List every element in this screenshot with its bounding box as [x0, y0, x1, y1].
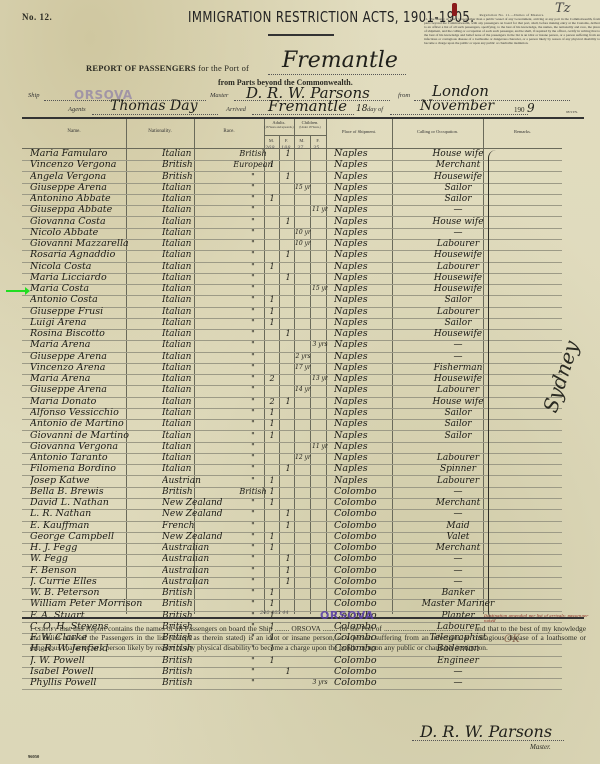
year-suffix: 9: [527, 101, 535, 115]
cell-name: Giovanna Costa: [30, 216, 148, 228]
regulation-text: 11. The Master of every vessel, other th…: [424, 17, 600, 45]
cell-am: 1: [266, 486, 278, 498]
cell-name: Phyllis Powell: [30, 677, 148, 689]
cell-place: Colombo: [334, 587, 400, 599]
cell-nationality: Italian: [162, 204, 222, 216]
cell-race: ": [220, 553, 286, 565]
cell-race: ": [220, 362, 286, 374]
cell-place: Naples: [334, 463, 400, 475]
cell-nationality: Italian: [162, 249, 222, 261]
cell-name: L. R. Nathan: [30, 508, 148, 520]
day-of-label: day of: [367, 106, 383, 113]
cell-nationality: Italian: [162, 283, 222, 295]
col-header-child-f: F.: [310, 138, 326, 143]
certification-text: I certify that this Report contains the …: [30, 624, 586, 652]
cell-race: ": [220, 452, 286, 464]
cell-race: ": [220, 182, 286, 194]
highlight-arrow-icon: [6, 290, 26, 292]
cell-place: Naples: [334, 159, 400, 171]
cell-af: 1: [281, 396, 295, 408]
cell-race: ": [220, 508, 286, 520]
cell-name: Antonio Taranto: [30, 452, 148, 464]
arrived-place-value: Fremantle: [268, 97, 347, 115]
cell-name: Angela Vergona: [30, 171, 148, 183]
cell-race: ": [220, 666, 286, 678]
cell-name: Josep Katwe: [30, 475, 148, 487]
cell-af: 1: [281, 553, 295, 565]
cell-name: Giovanni de Martino: [30, 430, 148, 442]
cell-name: Bella B. Brewis: [30, 486, 148, 498]
cell-place: Colombo: [334, 486, 400, 498]
cell-occupation: —: [412, 677, 504, 689]
subheader-rule: [264, 135, 326, 136]
cell-name: George Campbell: [30, 531, 148, 543]
cell-place: Naples: [334, 238, 400, 250]
cell-name: Alfonso Vessicchio: [30, 407, 148, 419]
cell-af: 1: [281, 666, 295, 678]
cell-occupation: —: [412, 666, 504, 678]
cell-race: ": [220, 565, 286, 577]
cell-name: Antonino Abbate: [30, 193, 148, 205]
cell-am: 1: [266, 317, 278, 329]
cell-af: 1: [281, 463, 295, 475]
cell-place: Naples: [334, 204, 400, 216]
cell-name: E. Kauffman: [30, 520, 148, 532]
month-value: November: [420, 98, 494, 114]
col-header-child-m: M.: [294, 138, 310, 143]
signature-line: [412, 740, 564, 741]
print-code: 96050: [28, 754, 39, 759]
cell-nationality: British: [162, 159, 222, 171]
cell-nationality: Italian: [162, 351, 222, 363]
cell-place: Colombo: [334, 553, 400, 565]
certify-body: that this Report contains the names of a…: [30, 624, 586, 652]
cell-race: ": [220, 520, 286, 532]
cell-am: 1: [266, 407, 278, 419]
table-row: Phyllis PowellBritish"3 yrsColombo—: [22, 678, 562, 690]
cell-place: Naples: [334, 396, 400, 408]
cell-nationality: Italian: [162, 306, 222, 318]
cell-name: Giuseppe Arena: [30, 384, 148, 396]
cell-place: Colombo: [334, 677, 400, 689]
cell-nationality: Italian: [162, 193, 222, 205]
cell-race: ": [220, 283, 286, 295]
title-underline: [268, 34, 334, 36]
cell-place: Naples: [334, 452, 400, 464]
cell-af: 1: [281, 508, 295, 520]
cell-nationality: Austrian: [162, 475, 222, 487]
cell-occupation: Engineer: [412, 655, 504, 667]
cell-place: Naples: [334, 328, 400, 340]
cell-race: ": [220, 171, 286, 183]
ship-label: Ship: [28, 92, 40, 99]
cell-race: ": [220, 216, 286, 228]
cell-am: 2: [266, 373, 278, 385]
cell-cm: 10 yrs: [295, 227, 311, 239]
cell-am: 1: [266, 159, 278, 171]
cell-place: Naples: [334, 317, 400, 329]
cell-race: ": [220, 249, 286, 261]
signature-master-label: Master.: [530, 743, 551, 751]
form-number: No. 12.: [22, 12, 52, 22]
cell-name: Antonio de Martino: [30, 418, 148, 430]
cell-af: 1: [281, 171, 295, 183]
cell-nationality: Italian: [162, 182, 222, 194]
cell-af: 1: [281, 565, 295, 577]
totals-scribble: 240 303 44: [260, 610, 289, 616]
cell-nationality: Italian: [162, 227, 222, 239]
col-header-occupation: Calling or Occupation.: [392, 129, 483, 134]
col-header-place: Place of Shipment.: [326, 129, 392, 134]
remarks-bracket: [488, 150, 503, 620]
port-dotted-line: [268, 74, 406, 75]
cell-place: Naples: [334, 384, 400, 396]
cell-af: 1: [281, 216, 295, 228]
cell-nationality: British: [162, 610, 222, 622]
cell-nationality: British: [162, 598, 222, 610]
cell-cm: 15 yrs: [295, 182, 311, 194]
cell-nationality: Australian: [162, 576, 222, 588]
cell-nationality: British: [162, 677, 222, 689]
cell-place: Naples: [334, 294, 400, 306]
cell-nationality: Italian: [162, 362, 222, 374]
passenger-manifest-sheet: No. 12. IMMIGRATION RESTRICTION ACTS, 19…: [0, 0, 600, 764]
cell-nationality: British: [162, 587, 222, 599]
cell-nationality: Italian: [162, 261, 222, 273]
report-heading: REPORT OF PASSENGERS for the Port of: [86, 63, 249, 73]
cell-cm: 2 yrs: [295, 351, 311, 363]
cell-nationality: Italian: [162, 430, 222, 442]
cell-name: W. Fegg: [30, 553, 148, 565]
cell-name: W. B. Peterson: [30, 587, 148, 599]
cell-name: Filomena Bordino: [30, 463, 148, 475]
cell-am: 1: [266, 497, 278, 509]
cell-name: Giovanni Mazzarella: [30, 238, 148, 250]
cell-name: F. Benson: [30, 565, 148, 577]
cell-race: ": [220, 238, 286, 250]
cell-nationality: Italian: [162, 452, 222, 464]
cell-race: ": [220, 677, 286, 689]
cell-name: Giuseppa Abbate: [30, 204, 148, 216]
cell-nationality: Australian: [162, 565, 222, 577]
cell-af: 1: [281, 148, 295, 160]
col-header-race: Race.: [194, 129, 264, 134]
cell-name: Luigi Arena: [30, 317, 148, 329]
cell-place: Naples: [334, 418, 400, 430]
cell-race: ": [220, 339, 286, 351]
cell-am: 1: [266, 587, 278, 599]
cell-name: H. J. Fegg: [30, 542, 148, 554]
col-header-remarks: Remarks.: [483, 129, 562, 134]
sheet-code: 98 STN.: [566, 110, 578, 114]
cell-place: Colombo: [334, 655, 400, 667]
cell-race: British: [220, 148, 286, 160]
cell-am: 2: [266, 396, 278, 408]
col-header-name: Name.: [22, 129, 126, 134]
cell-am: 1: [266, 542, 278, 554]
cell-race: ": [220, 204, 286, 216]
agents-value: Thomas Day: [110, 98, 198, 114]
cell-nationality: Italian: [162, 463, 222, 475]
cell-place: Colombo: [334, 520, 400, 532]
col-header-nationality: Nationality.: [126, 129, 194, 134]
cell-place: Naples: [334, 193, 400, 205]
cell-nationality: Italian: [162, 216, 222, 228]
cell-am: 1: [266, 655, 278, 667]
cell-place: Naples: [334, 373, 400, 385]
cell-af: 1: [281, 576, 295, 588]
arrived-label: Arrived: [226, 106, 246, 113]
cell-nationality: Italian: [162, 272, 222, 284]
cell-nationality: Italian: [162, 294, 222, 306]
cell-name: Maria Arena: [30, 339, 148, 351]
cell-place: Naples: [334, 249, 400, 261]
cell-nationality: French: [162, 520, 222, 532]
cell-place: Naples: [334, 475, 400, 487]
cell-nationality: Italian: [162, 339, 222, 351]
report-port-label: for the Port of: [198, 63, 249, 73]
cell-place: Naples: [334, 351, 400, 363]
cell-cm: 12 yrs: [295, 452, 311, 464]
cell-place: Naples: [334, 430, 400, 442]
cell-place: Naples: [334, 261, 400, 273]
cell-name: Maria Licciardo: [30, 272, 148, 284]
cell-name: Rosina Biscotto: [30, 328, 148, 340]
cell-place: Naples: [334, 272, 400, 284]
col-header-children-sub: (Under 18 Years.): [294, 125, 326, 129]
cell-name: Vincenzo Arena: [30, 362, 148, 374]
cell-nationality: Italian: [162, 396, 222, 408]
cell-name: Antonio Costa: [30, 294, 148, 306]
cell-race: ": [220, 227, 286, 239]
cell-name: Nicola Costa: [30, 261, 148, 273]
cell-cf: 15 yrs: [312, 283, 328, 295]
cell-place: Naples: [334, 171, 400, 183]
cell-name: Rosaria Agnaddio: [30, 249, 148, 261]
cell-cm: 14 yrs: [295, 384, 311, 396]
cell-nationality: Italian: [162, 328, 222, 340]
cell-am: 1: [266, 193, 278, 205]
cell-name: William Peter Morrison: [30, 598, 148, 610]
cell-place: Naples: [334, 216, 400, 228]
cell-place: Colombo: [334, 565, 400, 577]
cell-name: Maria Famularo: [30, 148, 148, 160]
cell-am: 1: [266, 430, 278, 442]
cell-place: Naples: [334, 148, 400, 160]
cell-name: J. Currie Elles: [30, 576, 148, 588]
cell-nationality: British: [162, 171, 222, 183]
cell-place: Naples: [334, 182, 400, 194]
cell-nationality: Italian: [162, 238, 222, 250]
cell-am: 1: [266, 531, 278, 543]
cell-am: 1: [266, 475, 278, 487]
cell-nationality: Italian: [162, 441, 222, 453]
cell-name: Giovanna Vergona: [30, 441, 148, 453]
cell-am: 1: [266, 294, 278, 306]
cell-name: F. A. Stuart: [30, 610, 148, 622]
cell-place: Colombo: [334, 531, 400, 543]
cell-place: Colombo: [334, 666, 400, 678]
agents-dotted-line: [92, 114, 218, 115]
cell-name: Giuseppe Frusi: [30, 306, 148, 318]
cell-af: 1: [281, 272, 295, 284]
cell-name: Maria Arena: [30, 373, 148, 385]
cell-am: 1: [266, 306, 278, 318]
cell-name: Maria Donato: [30, 396, 148, 408]
col-header-adult-f: F.: [279, 138, 294, 143]
cell-place: Naples: [334, 227, 400, 239]
cell-nationality: British: [162, 655, 222, 667]
cell-nationality: Australian: [162, 553, 222, 565]
cell-race: ": [220, 384, 286, 396]
cell-nationality: Italian: [162, 418, 222, 430]
cell-cm: 10 yrs: [295, 238, 311, 250]
cell-nationality: New Zealander: [162, 531, 222, 543]
year-prefix: 190: [514, 106, 525, 114]
agents-label: Agents: [68, 106, 86, 113]
cell-place: Naples: [334, 407, 400, 419]
cell-nationality: Italian: [162, 373, 222, 385]
cell-nationality: Italian: [162, 317, 222, 329]
cell-race: ": [220, 272, 286, 284]
footer-ship-stamp: ORSOVA: [320, 609, 374, 622]
cell-nationality: Italian: [162, 384, 222, 396]
cell-cf: 11 yrs: [312, 204, 328, 216]
cell-race: ": [220, 441, 286, 453]
cell-race: ": [220, 351, 286, 363]
cell-race: ": [220, 463, 286, 475]
cell-am: 1: [266, 261, 278, 273]
regulation-notice: Regulation No. 11.—Duties of Masters. 11…: [424, 13, 600, 58]
cell-name: Nicolo Abbate: [30, 227, 148, 239]
cell-place: Colombo: [334, 576, 400, 588]
col-header-adult-m: M.: [264, 138, 279, 143]
cell-nationality: New Zealander: [162, 508, 222, 520]
cell-name: David L. Nathan: [30, 497, 148, 509]
table-bottom-rule: [22, 617, 584, 619]
cell-af: 1: [281, 328, 295, 340]
cell-nationality: Italian: [162, 148, 222, 160]
master-signature: D. R. W. Parsons: [420, 722, 552, 741]
cell-nationality: New Zealander: [162, 497, 222, 509]
cell-name: J. W. Powell: [30, 655, 148, 667]
cell-race: ": [220, 328, 286, 340]
cell-cm: 17 yrs: [295, 362, 311, 374]
month-dotted-line: [390, 114, 528, 115]
cell-nationality: British: [162, 666, 222, 678]
cell-place: Naples: [334, 362, 400, 374]
cell-place: Naples: [334, 306, 400, 318]
cell-place: Colombo: [334, 497, 400, 509]
col-header-adults-sub: (18 Years and upwards.): [264, 125, 294, 129]
cell-place: Naples: [334, 441, 400, 453]
cell-nationality: Italian: [162, 407, 222, 419]
cell-cf: 11 yrs: [312, 441, 328, 453]
cell-nationality: Australian: [162, 542, 222, 554]
certify-lead: I certify: [30, 624, 58, 633]
cell-name: Giuseppe Arena: [30, 182, 148, 194]
master-label: Master: [210, 92, 228, 99]
cell-af: 1: [281, 249, 295, 261]
cell-name: Isabel Powell: [30, 666, 148, 678]
from-label: from: [398, 92, 410, 99]
cell-name: Giuseppe Arena: [30, 351, 148, 363]
cell-nationality: British: [162, 486, 222, 498]
port-value: Fremantle: [282, 48, 398, 73]
cell-place: Naples: [334, 339, 400, 351]
cell-name: Maria Costa: [30, 283, 148, 295]
cell-am: 1: [266, 598, 278, 610]
cell-name: Vincenzo Vergona: [30, 159, 148, 171]
arrived-day-value: 18: [356, 104, 367, 114]
cell-place: Colombo: [334, 508, 400, 520]
cell-cf: 13 yrs: [312, 373, 328, 385]
cell-am: 1: [266, 418, 278, 430]
cell-place: Naples: [334, 283, 400, 295]
cell-cf: 3 yrs: [312, 339, 328, 351]
cell-cf: 3 yrs: [312, 677, 328, 689]
cell-race: ": [220, 576, 286, 588]
report-label: REPORT OF PASSENGERS: [86, 63, 196, 73]
cell-place: Colombo: [334, 542, 400, 554]
cell-af: 1: [281, 520, 295, 532]
